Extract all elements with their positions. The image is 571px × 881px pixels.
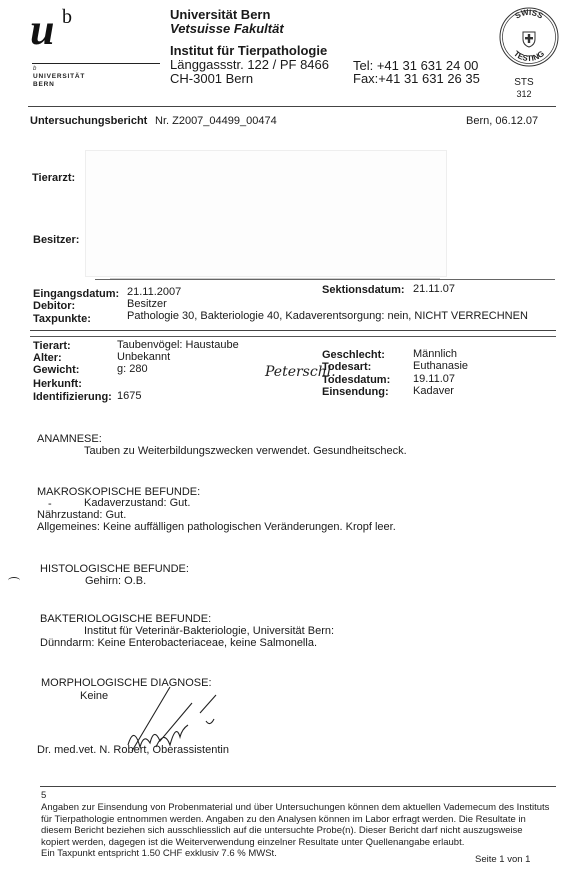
tax-points-value: Pathologie 30, Bakteriologie 40, Kadaver…: [127, 310, 528, 322]
institute-name: Institut für Tierpathologie: [170, 44, 327, 58]
footer-disclaimer: Angaben zur Einsendung von Probenmateria…: [41, 802, 549, 860]
margin-mark: [8, 577, 20, 584]
fax: Fax:+41 31 631 26 35: [353, 72, 480, 86]
owner-label: Besitzer:: [33, 234, 79, 246]
address-line-2: CH-3001 Bern: [170, 72, 253, 86]
footer-line: Ein Taxpunkt entspricht 1.50 CHF exklusi…: [41, 848, 549, 860]
signer-name: Dr. med.vet. N. Robert, Oberassistentin: [37, 744, 229, 756]
address-line-1: Länggassstr. 122 / PF 8466: [170, 58, 329, 72]
animal-field-value: 1675: [117, 390, 141, 402]
bakterio-line-1: Institut für Veterinär-Bakteriologie, Un…: [84, 625, 334, 637]
animal-field-value: Euthanasie: [413, 360, 468, 372]
histo-heading: HISTOLOGISCHE BEFUNDE:: [40, 563, 189, 575]
report-number: Nr. Z2007_04499_00474: [155, 115, 277, 127]
animal-field-value: g: 280: [117, 363, 148, 375]
report-title: Untersuchungsbericht: [30, 115, 147, 127]
footer-line: Angaben zur Einsendung von Probenmateria…: [41, 802, 549, 814]
animal-field-value: Unbekannt: [117, 351, 170, 363]
footer-line: kopiert werden, dagegen ist die Weiterve…: [41, 837, 549, 849]
footer-line: für Tierpathologie entnommen werden. Ang…: [41, 814, 549, 826]
animal-field-label: Geschlecht:: [322, 349, 385, 361]
debtor-value: Besitzer: [127, 298, 167, 310]
anamnese-text: Tauben zu Weiterbildungszwecken verwende…: [84, 445, 407, 457]
received-date-label: Eingangsdatum:: [33, 288, 119, 300]
animal-field-label: Einsendung:: [322, 386, 389, 398]
anamnese-heading: ANAMNESE:: [37, 433, 102, 445]
swiss-testing-stamp-icon: SWISS TESTING: [497, 5, 561, 69]
section-date-label: Sektionsdatum:: [322, 284, 405, 296]
animal-field-label: Identifizierung:: [33, 391, 112, 403]
animal-field-label: Alter:: [33, 352, 62, 364]
debtor-label: Debitor:: [33, 300, 75, 312]
animal-field-value: Männlich: [413, 348, 457, 360]
university-name: Universität Bern: [170, 8, 270, 22]
animal-field-label: Gewicht:: [33, 364, 79, 376]
received-date-value: 21.11.2007: [127, 286, 181, 298]
report-date: Bern, 06.12.07: [466, 115, 538, 127]
footer-line: diesem Bericht beziehen sich ausschliess…: [41, 825, 549, 837]
logo-wordmark-line2: BERN: [33, 81, 85, 89]
university-logo-u: u: [30, 8, 54, 52]
makro-line-2: Nährzustand: Gut.: [37, 509, 126, 521]
footer-rule: [40, 786, 556, 787]
university-logo-b: b: [62, 6, 72, 29]
bakterio-line-2: Dünndarm: Keine Enterobacteriaceae, kein…: [40, 637, 317, 649]
tax-points-label: Taxpunkte:: [33, 313, 91, 325]
sts-label: STS: [514, 77, 534, 88]
redacted-parties-block: [85, 150, 447, 277]
logo-divider: [32, 63, 160, 64]
bakterio-heading: BAKTERIOLOGISCHE BEFUNDE:: [40, 613, 211, 625]
sts-number: 312: [514, 89, 534, 99]
logo-small-b: b: [33, 66, 36, 72]
animal-field-label: Todesdatum:: [322, 374, 390, 386]
vet-label: Tierarzt:: [32, 172, 75, 184]
animal-field-label: Herkunft:: [33, 378, 82, 390]
section-date-value: 21.11.07: [413, 283, 455, 295]
logo-wordmark-line1: UNIVERSITÄT: [33, 73, 85, 81]
admin-bottom-rule: [30, 330, 556, 331]
footer-note-number: 5: [41, 790, 46, 802]
swiss-shield-icon: [523, 32, 535, 47]
makro-line-3: Allgemeines: Keine auffälligen pathologi…: [37, 521, 396, 533]
animal-top-rule: [30, 336, 556, 337]
animal-field-label: Todesart:: [322, 361, 371, 373]
header-rule: [28, 106, 556, 107]
animal-field-label: Tierart:: [33, 340, 71, 352]
histo-text: Gehirn: O.B.: [85, 575, 146, 587]
logo-wordmark: UNIVERSITÄT BERN: [33, 73, 85, 89]
animal-field-value: Taubenvögel: Haustaube: [117, 339, 239, 351]
diagnose-text: Keine: [80, 690, 108, 702]
animal-field-value: 19.11.07: [413, 373, 455, 385]
page-number: Seite 1 von 1: [475, 854, 530, 866]
makro-line-1: Kadaverzustand: Gut.: [84, 497, 190, 509]
animal-field-value: Kadaver: [413, 385, 454, 397]
faculty-name: Vetsuisse Fakultät: [170, 22, 284, 36]
admin-top-rule: [95, 279, 555, 280]
